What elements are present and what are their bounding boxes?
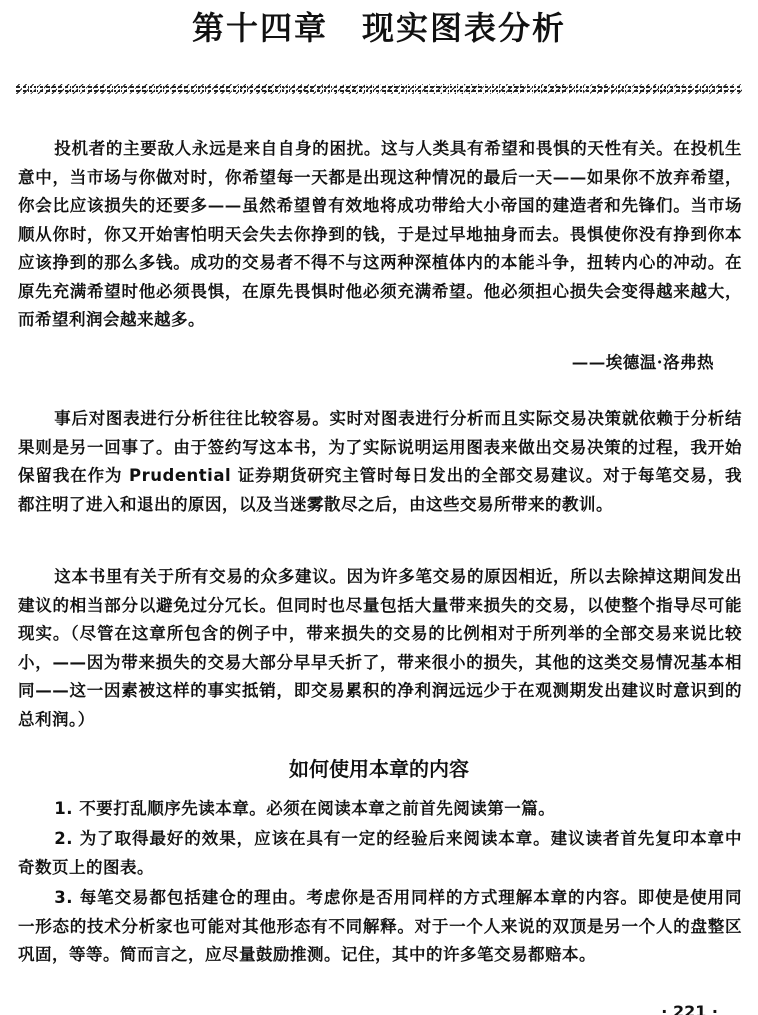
- list-item-2: 2. 为了取得最好的效果，应该在具有一定的经验后来阅读本章。建议读者首先复印本章…: [18, 825, 742, 882]
- list-item-1: 1. 不要打乱顺序先读本章。必须在阅读本章之前首先阅读第一篇。: [18, 795, 742, 824]
- chapter-name: 现实图表分析: [362, 9, 566, 47]
- chapter-number: 第十四章: [192, 9, 328, 47]
- epigraph-attribution: ——埃德温·洛弗热: [572, 349, 714, 373]
- body-paragraph-2: 这本书里有关于所有交易的众多建议。因为许多笔交易的原因相近，所以去除掉这期间发出…: [18, 563, 742, 734]
- chapter-title: 第十四章现实图表分析: [0, 8, 758, 48]
- body-paragraph-1: 事后对图表进行分析往往比较容易。实时对图表进行分析而且实际交易决策就依赖于分析结…: [18, 405, 742, 519]
- section-heading: 如何使用本章的内容: [0, 753, 758, 782]
- list-item-3: 3. 每笔交易都包括建仓的理由。考虑你是否用同样的方式理解本章的内容。即使是使用…: [18, 884, 742, 970]
- page-number: · 221 ·: [661, 1002, 718, 1015]
- wavy-divider: [16, 84, 742, 94]
- epigraph-quote: 投机者的主要敌人永远是来自自身的困扰。这与人类具有希望和畏惧的天性有关。在投机生…: [18, 135, 742, 335]
